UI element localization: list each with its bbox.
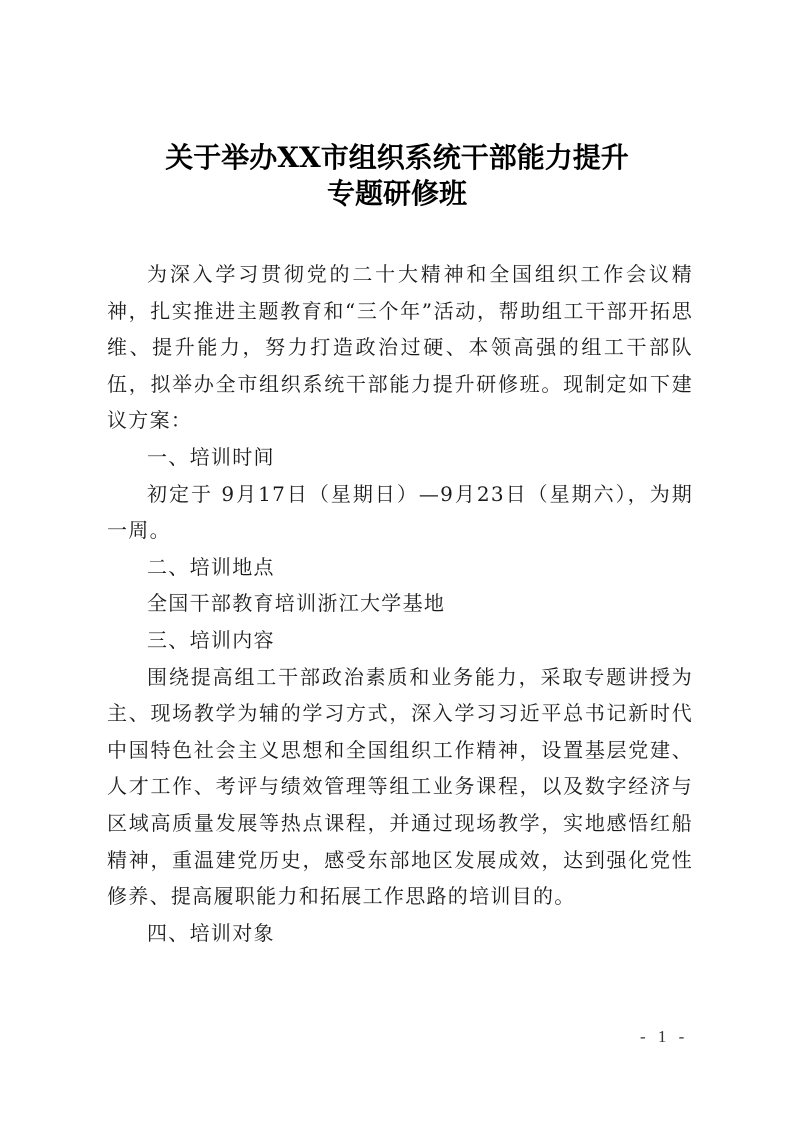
document-body: 为深入学习贯彻党的二十大精神和全国组织工作会议精神，扎实推进主题教育和“三个年”… — [107, 256, 693, 951]
time-paragraph: 初定于 9月17日（星期日）—9月23日（星期六），为期一周。 — [107, 476, 693, 549]
document-title-line-1: 关于举办XX市组织系统干部能力提升 — [0, 139, 794, 177]
location-paragraph: 全国干部教育培训浙江大学基地 — [107, 585, 693, 622]
section-heading-participants: 四、培训对象 — [107, 915, 693, 952]
section-heading-time: 一、培训时间 — [107, 439, 693, 476]
document-page: 关于举办XX市组织系统干部能力提升 专题研修班 为深入学习贯彻党的二十大精神和全… — [0, 0, 794, 1122]
document-title-line-2: 专题研修班 — [0, 175, 794, 213]
intro-paragraph: 为深入学习贯彻党的二十大精神和全国组织工作会议精神，扎实推进主题教育和“三个年”… — [107, 256, 693, 439]
page-number: - 1 - — [640, 1027, 688, 1047]
section-heading-content: 三、培训内容 — [107, 622, 693, 659]
content-paragraph: 围绕提高组工干部政治素质和业务能力，采取专题讲授为主、现场教学为辅的学习方式，深… — [107, 659, 693, 915]
section-heading-location: 二、培训地点 — [107, 549, 693, 586]
